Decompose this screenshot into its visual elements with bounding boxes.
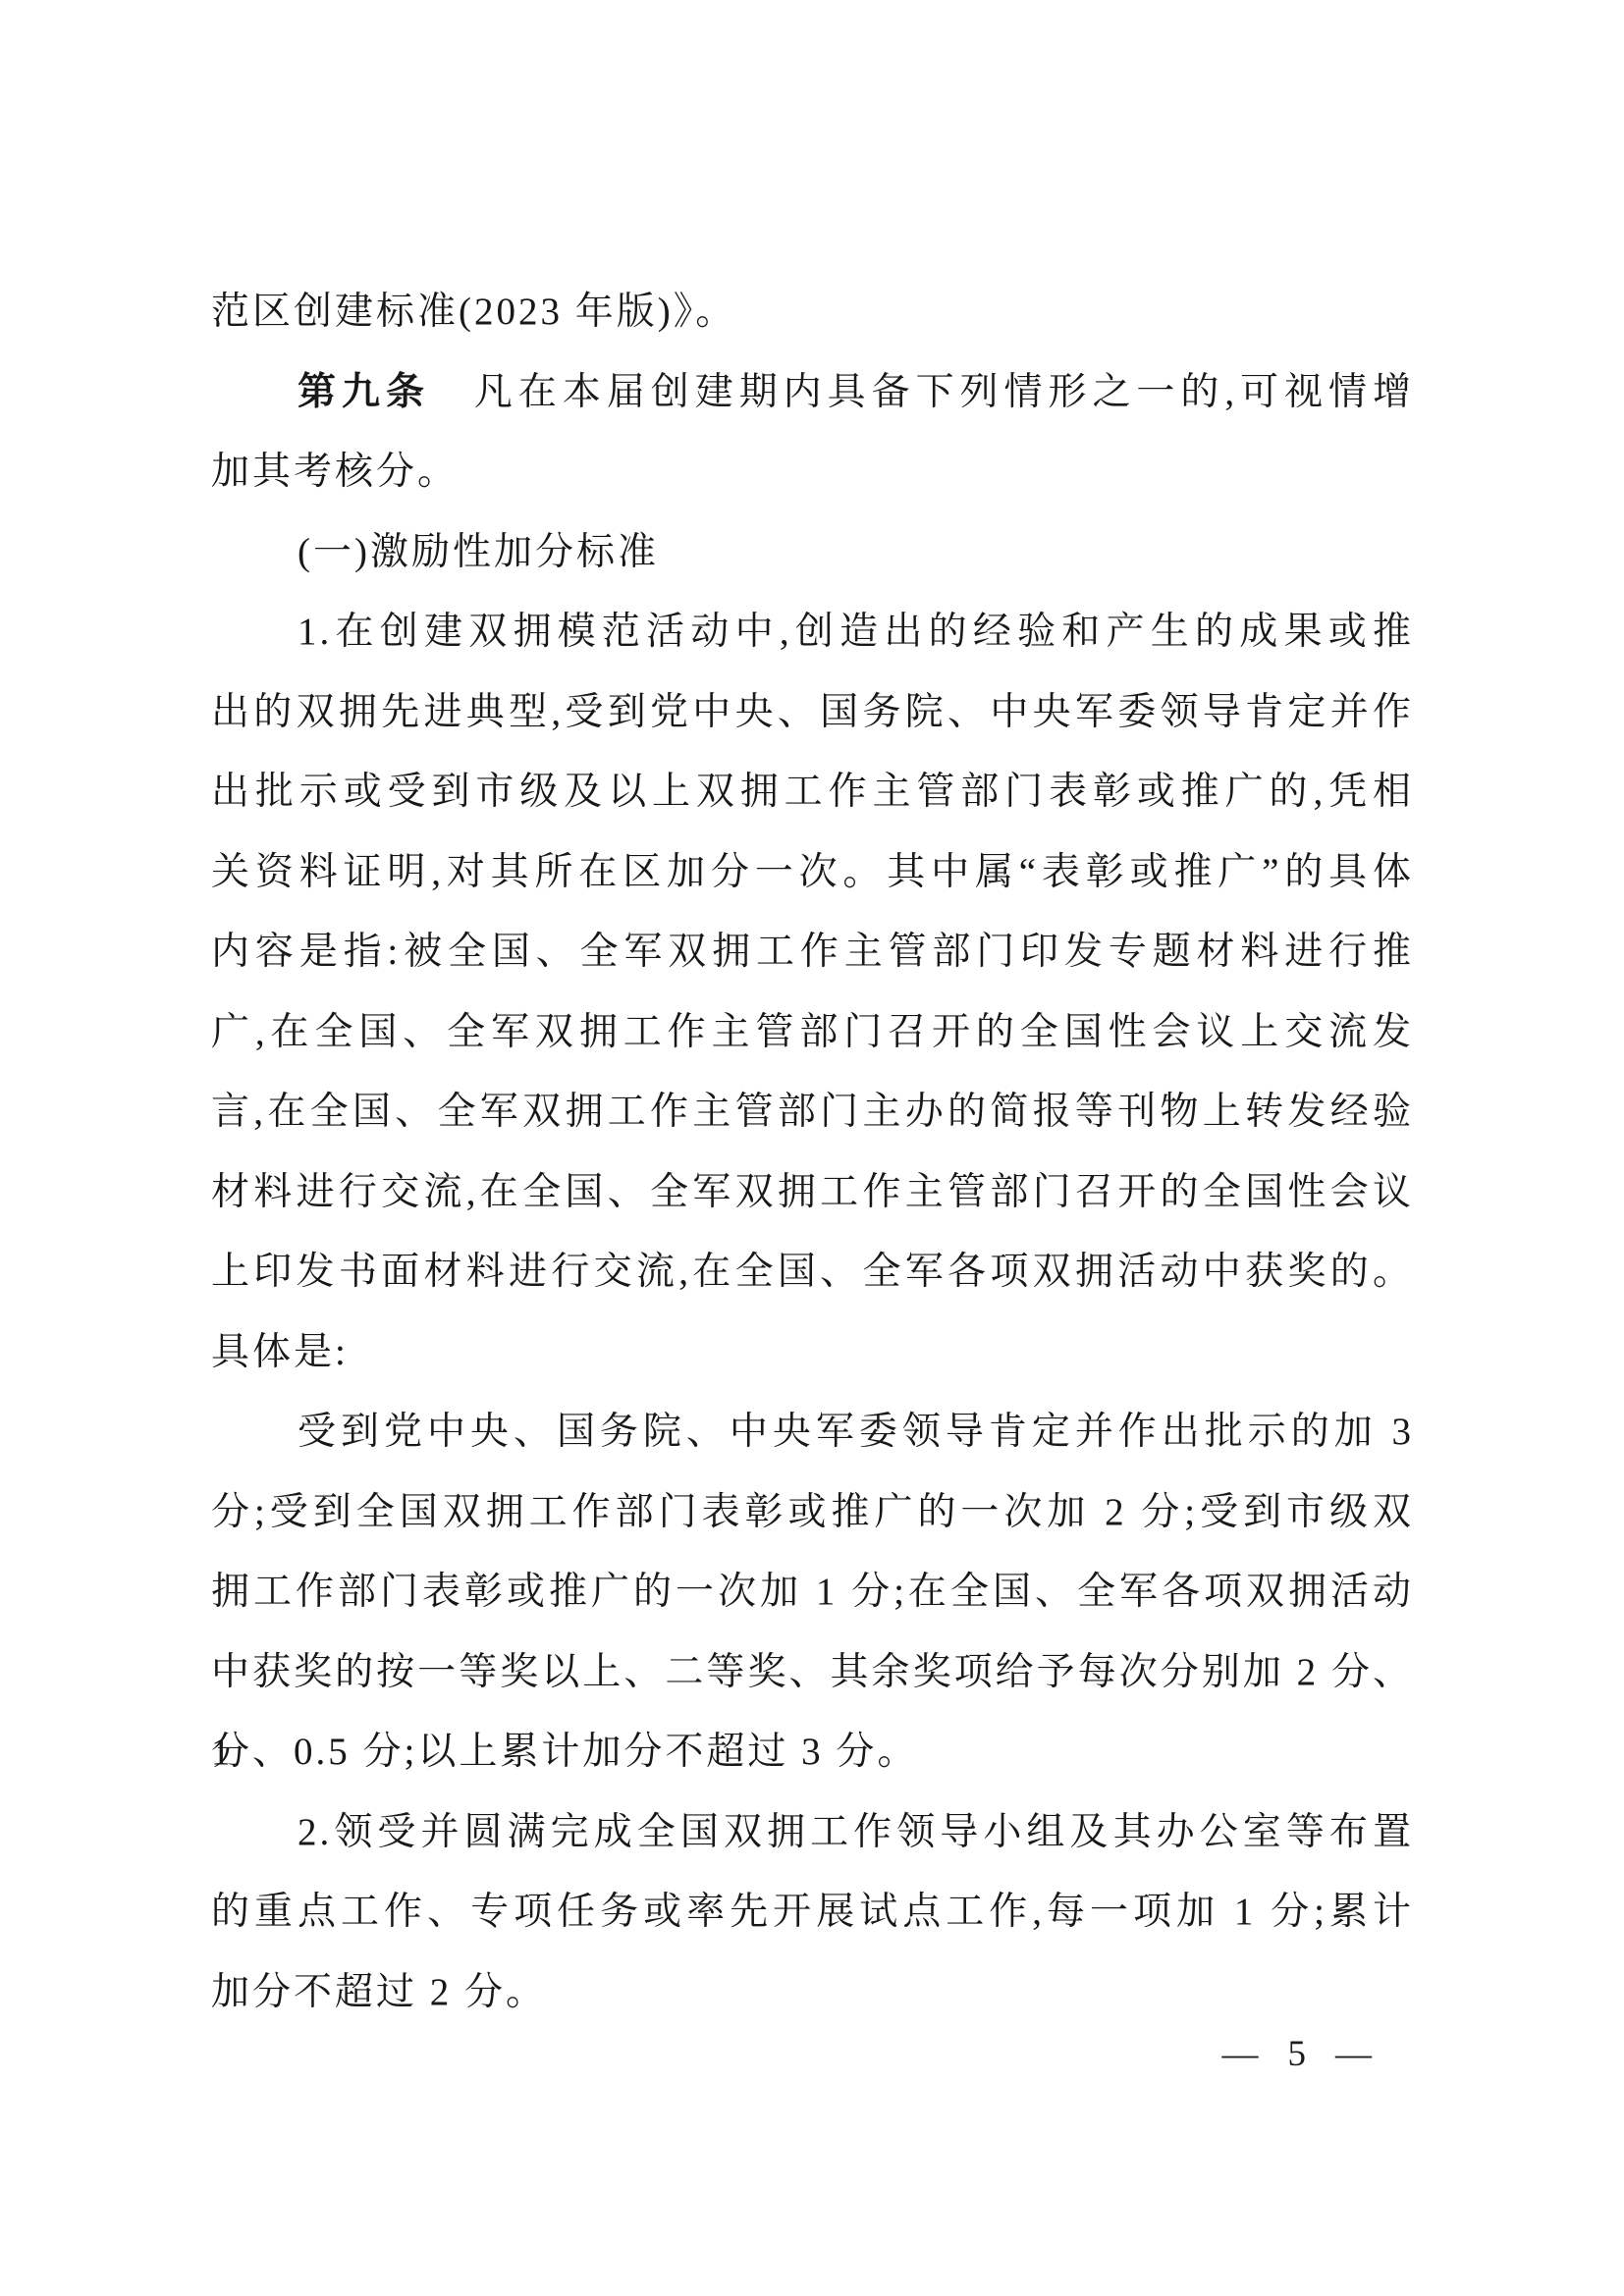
text-line: 广,在全国、全军双拥工作主管部门召开的全国性会议上交流发 (211, 992, 1414, 1073)
text-line: 1.在创建双拥模范活动中,创造出的经验和产生的成果或推 (211, 592, 1414, 672)
footer-dash-right: — (1335, 2034, 1372, 2075)
page-footer: — 5 — (1222, 2034, 1373, 2075)
text-line: 分;受到全国双拥工作部门表彰或推广的一次加 2 分;受到市级双 (211, 1472, 1414, 1553)
text-line: 2.领受并圆满完成全国双拥工作领导小组及其办公室等布置 (211, 1792, 1414, 1873)
text-line: 中获奖的按一等奖以上、二等奖、其余奖项给予每次分别加 2 分、1 (211, 1632, 1414, 1713)
page-number: 5 (1288, 2034, 1307, 2075)
text-line: 受到党中央、国务院、中央军委领导肯定并作出批示的加 3 (211, 1392, 1414, 1472)
text-line: 内容是指:被全国、全军双拥工作主管部门印发专题材料进行推 (211, 912, 1414, 992)
text-line: 材料进行交流,在全国、全军双拥工作主管部门召开的全国性会议 (211, 1152, 1414, 1233)
text-line: 出批示或受到市级及以上双拥工作主管部门表彰或推广的,凭相 (211, 752, 1414, 832)
footer-dash-left: — (1222, 2034, 1259, 2075)
text-line: 上印发书面材料进行交流,在全国、全军各项双拥活动中获奖的。 (211, 1232, 1414, 1312)
text-line: 范区创建标准(2023 年版)》。 (211, 272, 1414, 352)
text-line: 拥工作部门表彰或推广的一次加 1 分;在全国、全军各项双拥活动 (211, 1552, 1414, 1632)
text-line: 第九条 凡在本届创建期内具备下列情形之一的,可视情增 (211, 352, 1414, 433)
text-line: 加分不超过 2 分。 (211, 1952, 1414, 2033)
text-line: 出的双拥先进典型,受到党中央、国务院、中央军委领导肯定并作 (211, 672, 1414, 753)
text-line: 关资料证明,对其所在区加分一次。其中属“表彰或推广”的具体 (211, 832, 1414, 913)
document-body: 范区创建标准(2023 年版)》。第九条 凡在本届创建期内具备下列情形之一的,可… (211, 272, 1414, 2032)
text-line: (一)激励性加分标准 (211, 512, 1414, 593)
text-line: 具体是: (211, 1312, 1414, 1393)
article-number: 第九条 (298, 371, 430, 413)
text-line: 言,在全国、全军双拥工作主管部门主办的简报等刊物上转发经验 (211, 1072, 1414, 1152)
text-line: 分、0.5 分;以上累计加分不超过 3 分。 (211, 1712, 1414, 1792)
document-page: 范区创建标准(2023 年版)》。第九条 凡在本届创建期内具备下列情形之一的,可… (0, 0, 1624, 2296)
text-line: 加其考核分。 (211, 432, 1414, 512)
text-line: 的重点工作、专项任务或率先开展试点工作,每一项加 1 分;累计 (211, 1872, 1414, 1952)
